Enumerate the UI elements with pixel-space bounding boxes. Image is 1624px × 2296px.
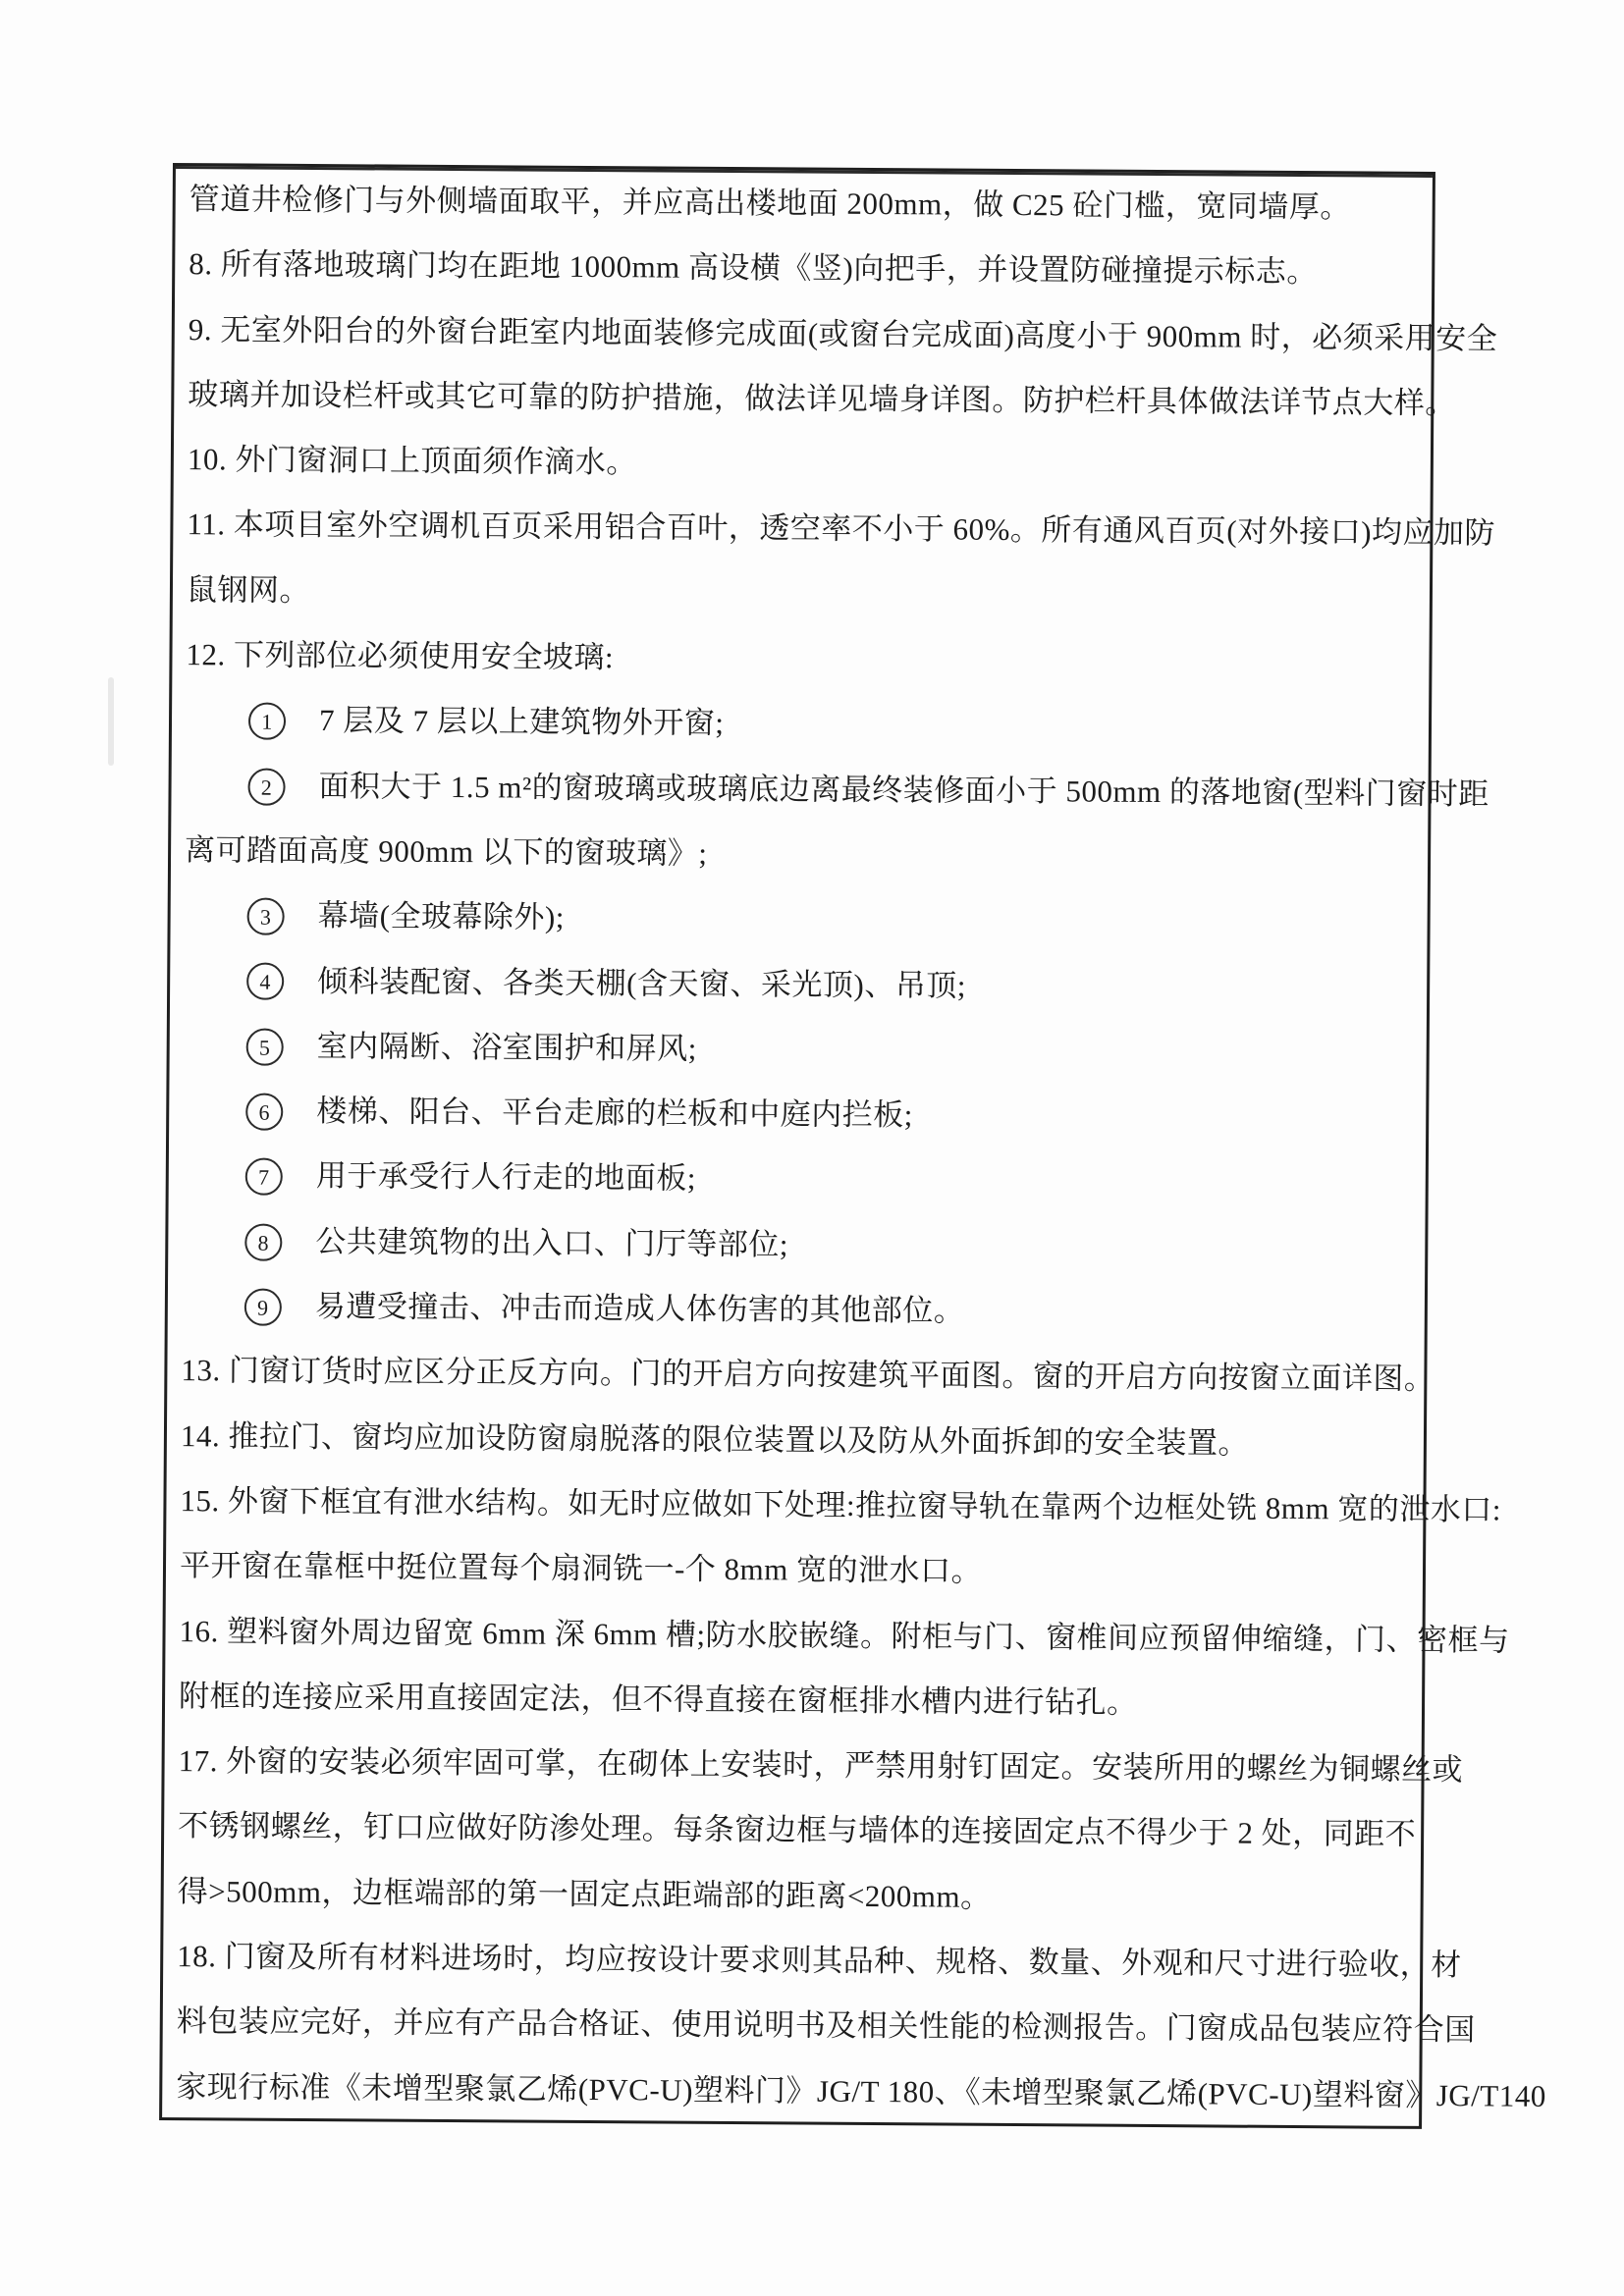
line-text: 公共建筑物的出入口、门厅等部位;	[315, 1224, 788, 1261]
document-line: 家现行标准《未增型聚氯乙烯(PVC-U)塑料门》JG/T 180、《未增型聚氯乙…	[162, 2055, 1419, 2128]
line-text: 12. 下列部位必须使用安全坡璃:	[186, 637, 614, 674]
document-list-item: 8公共建筑物的出入口、门厅等部位;	[168, 1208, 1425, 1282]
circled-number-marker: 8	[244, 1223, 282, 1260]
document-list-item: 5室内隔断、浴室围护和屏风;	[169, 1013, 1426, 1087]
document-line: 11. 本项目室外空调机百页采用铝合百叶，透空率不小于 60%。所有通风百页(对…	[173, 492, 1430, 565]
line-text: 用于承受行人行走的地面板;	[316, 1158, 696, 1196]
document-line: 12. 下列部位必须使用安全坡璃:	[172, 622, 1429, 696]
line-text: 18. 门窗及所有材料进场时，均应按设计要求则其品种、规格、数量、外观和尺寸进行…	[177, 1939, 1462, 1982]
document-line: 8. 所有落地玻璃门均在距地 1000mm 高设横《竖)向把手，并设置防碰撞提示…	[175, 232, 1432, 305]
line-text: 10. 外门窗洞口上顶面须作滴水。	[188, 442, 637, 479]
line-text: 17. 外窗的安装必须牢固可掌，在砌体上安装时，严禁用射钉固定。安装所用的螺丝为…	[179, 1743, 1464, 1787]
document-line: 鼠钢网。	[173, 558, 1430, 631]
document-list-item: 9易遭受撞击、冲击而造成人体伤害的其他部位。	[168, 1273, 1425, 1347]
document-line: 管道井检修门与外侧墙面取平，并应高出楼地面 200mm，做 C25 砼门槛，宽同…	[176, 167, 1433, 240]
line-text: 幕墙(全玻幕除外);	[318, 898, 566, 934]
document-line: 9. 无室外阳台的外窗台距室内地面装修完成面(或窗台完成面)高度小于 900mm…	[175, 297, 1432, 371]
document-line: 18. 门窗及所有材料进场时，均应按设计要求则其品种、规格、数量、外观和尺寸进行…	[163, 1924, 1420, 1998]
document-line: 10. 外门窗洞口上顶面须作滴水。	[174, 427, 1431, 501]
line-text: 附框的连接应采用直接固定法，但不得直接在窗框排水槽内进行钻孔。	[179, 1679, 1138, 1720]
line-text: 得>500mm，边框端部的第一固定点距端部的距离<200mm。	[178, 1874, 992, 1914]
document-list-item: 7用于承受行人行走的地面板;	[169, 1143, 1426, 1216]
line-text: 7 层及 7 层以上建筑物外开窗;	[319, 703, 725, 740]
document-line: 得>500mm，边框端部的第一固定点距端部的距离<200mm。	[163, 1859, 1420, 1933]
scanned-document-page: 管道井检修门与外侧墙面取平，并应高出楼地面 200mm，做 C25 砼门槛，宽同…	[0, 0, 1624, 2296]
circled-number-marker: 1	[248, 703, 286, 740]
document-text-block: 管道井检修门与外侧墙面取平，并应高出楼地面 200mm，做 C25 砼门槛，宽同…	[162, 167, 1433, 2128]
document-line: 16. 塑料窗外周边留宽 6mm 深 6mm 槽;防水胶嵌缝。附柜与门、窗椎间应…	[165, 1599, 1422, 1673]
line-text: 离可踏面高度 900mm 以下的窗玻璃》;	[185, 832, 708, 871]
document-line: 不锈钢螺丝，钉口应做好防渗处理。每条窗边框与墙体的连接固定点不得少于 2 处，同…	[164, 1793, 1421, 1867]
line-text: 鼠钢网。	[187, 572, 310, 608]
circled-number-marker: 3	[247, 898, 285, 935]
circled-number-marker: 4	[246, 963, 284, 1000]
circled-number-marker: 9	[244, 1288, 282, 1325]
line-text: 管道井检修门与外侧墙面取平，并应高出楼地面 200mm，做 C25 砼门槛，宽同…	[189, 182, 1351, 224]
line-text: 家现行标准《未增型聚氯乙烯(PVC-U)塑料门》JG/T 180、《未增型聚氯乙…	[176, 2069, 1546, 2113]
document-list-item: 17 层及 7 层以上建筑物外开窗;	[172, 687, 1429, 761]
document-list-item: 3幕墙(全玻幕除外);	[170, 882, 1427, 956]
document-line: 附框的连接应采用直接固定法，但不得直接在窗框排水槽内进行钻孔。	[165, 1664, 1422, 1737]
line-text: 8. 所有落地玻璃门均在距地 1000mm 高设横《竖)向把手，并设置防碰撞提示…	[189, 246, 1318, 289]
document-line: 玻璃并加设栏杆或其它可靠的防护措施，做法详见墙身详图。防护栏杆具体做法详节点大样…	[174, 362, 1431, 436]
circled-number-marker: 7	[245, 1158, 283, 1196]
circled-number-marker: 2	[247, 768, 285, 805]
document-border-frame: 管道井检修门与外侧墙面取平，并应高出楼地面 200mm，做 C25 砼门槛，宽同…	[159, 163, 1435, 2129]
document-line: 离可踏面高度 900mm 以下的窗玻璃》;	[171, 818, 1428, 891]
line-text: 13. 门窗订货时应区分正反方向。门的开启方向按建筑平面图。窗的开启方向按窗立面…	[181, 1353, 1435, 1396]
document-line: 15. 外窗下框宜有泄水结构。如无时应做如下处理:推拉窗导轨在靠两个边框处铣 8…	[166, 1468, 1423, 1542]
document-line: 14. 推拉门、窗均应加设防窗扇脱落的限位装置以及防从外面拆卸的安全装置。	[167, 1404, 1424, 1477]
line-text: 楼梯、阳台、平台走廊的栏板和中庭内拦板;	[316, 1094, 913, 1132]
line-text: 15. 外窗下框宜有泄水结构。如无时应做如下处理:推拉窗导轨在靠两个边框处铣 8…	[180, 1483, 1501, 1526]
document-line: 料包装应完好，并应有产品合格证、使用说明书及相关性能的检测报告。门窗成品包装应符…	[163, 1989, 1420, 2062]
line-text: 11. 本项目室外空调机百页采用铝合百叶，透空率不小于 60%。所有通风百页(对…	[187, 507, 1495, 551]
line-text: 易遭受撞击、冲击而造成人体伤害的其他部位。	[315, 1289, 965, 1328]
line-text: 料包装应完好，并应有产品合格证、使用说明书及相关性能的检测报告。门窗成品包装应符…	[177, 2003, 1476, 2047]
line-text: 室内隔断、浴室围护和屏风;	[317, 1029, 697, 1066]
line-text: 面积大于 1.5 m²的窗玻璃或玻璃底边离最终装修面小于 500mm 的落地窗(…	[318, 769, 1489, 811]
document-list-item: 2面积大于 1.5 m²的窗玻璃或玻璃底边离最终装修面小于 500mm 的落地窗…	[171, 753, 1428, 827]
line-text: 9. 无室外阳台的外窗台距室内地面装修完成面(或窗台完成面)高度小于 900mm…	[189, 312, 1498, 355]
scan-artifact	[108, 677, 114, 766]
line-text: 16. 塑料窗外周边留宽 6mm 深 6mm 槽;防水胶嵌缝。附柜与门、窗椎间应…	[179, 1614, 1509, 1657]
line-text: 倾科装配窗、各类天棚(含天窗、采光顶)、吊顶;	[317, 964, 966, 1003]
document-list-item: 4倾科装配窗、各类天棚(含天窗、采光顶)、吊顶;	[170, 948, 1427, 1022]
circled-number-marker: 5	[246, 1028, 284, 1065]
document-line: 17. 外窗的安装必须牢固可掌，在砌体上安装时，严禁用射钉固定。安装所用的螺丝为…	[164, 1729, 1421, 1802]
line-text: 不锈钢螺丝，钉口应做好防渗处理。每条窗边框与墙体的连接固定点不得少于 2 处，同…	[178, 1808, 1416, 1851]
line-text: 玻璃并加设栏杆或其它可靠的防护措施，做法详见墙身详图。防护栏杆具体做法详节点大样…	[188, 377, 1456, 420]
line-text: 14. 推拉门、窗均应加设防窗扇脱落的限位装置以及防从外面拆卸的安全装置。	[181, 1418, 1249, 1461]
document-line: 平开窗在靠框中挺位置每个扇洞铣一-个 8mm 宽的泄水口。	[166, 1533, 1423, 1607]
circled-number-marker: 6	[245, 1094, 283, 1131]
document-list-item: 6楼梯、阳台、平台走廊的栏板和中庭内拦板;	[169, 1078, 1426, 1151]
document-line: 13. 门窗订货时应区分正反方向。门的开启方向按建筑平面图。窗的开启方向按窗立面…	[167, 1338, 1424, 1412]
line-text: 平开窗在靠框中挺位置每个扇洞铣一-个 8mm 宽的泄水口。	[180, 1548, 982, 1588]
